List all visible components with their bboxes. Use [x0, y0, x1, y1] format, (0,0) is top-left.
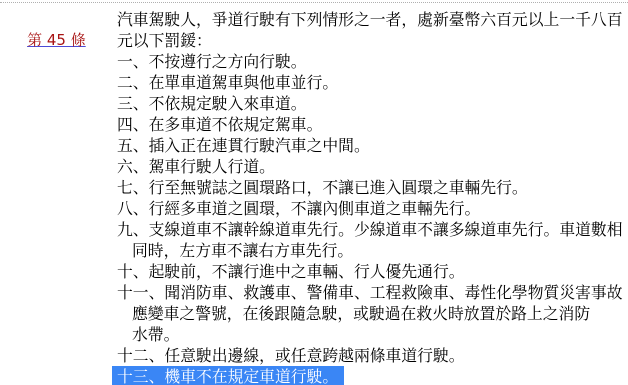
- article-line: 八、行經多車道之圓環，不讓內側車道之車輛先行。: [112, 198, 628, 219]
- line-text: 水帶。: [132, 325, 179, 344]
- article-line: 五、插入正在連貫行駛汽車之中間。: [112, 135, 628, 156]
- line-text: 應變車之警號，在後跟隨急駛，或駛過在救火時放置於路上之消防: [132, 304, 590, 323]
- article-line: 水帶。: [112, 324, 628, 345]
- article-line: 十三、機車不在規定車道行駛。: [112, 366, 628, 385]
- line-text: 四、在多車道不依規定駕車。: [117, 115, 322, 134]
- article-content: 汽車駕駛人，爭道行駛有下列情形之一者，處新臺幣六百元以上一千八百元以下罰鍰：一、…: [112, 9, 628, 385]
- article-number-column: 第 45 條: [0, 9, 112, 385]
- line-text: 同時，左方車不讓右方車先行。: [132, 241, 353, 260]
- line-text: 六、駕車行駛人行道。: [117, 157, 275, 176]
- line-text: 十、起駛前，不讓行進中之車輛、行人優先通行。: [117, 262, 465, 281]
- line-text: 八、行經多車道之圓環，不讓內側車道之車輛先行。: [117, 199, 480, 218]
- article-line: 元以下罰鍰：: [112, 30, 628, 51]
- line-text: 七、行至無號誌之圓環路口，不讓已進入圓環之車輛先行。: [117, 178, 528, 197]
- line-text: 十一、聞消防車、救護車、警備車、工程救險車、毒性化學物質災害事故: [117, 283, 623, 302]
- article-line: 汽車駕駛人，爭道行駛有下列情形之一者，處新臺幣六百元以上一千八百: [112, 9, 628, 30]
- line-text: 十二、任意駛出邊線，或任意跨越兩條車道行駛。: [117, 346, 465, 365]
- article-45-link[interactable]: 第 45 條: [27, 31, 86, 49]
- article-line: 七、行至無號誌之圓環路口，不讓已進入圓環之車輛先行。: [112, 177, 628, 198]
- line-text: 五、插入正在連貫行駛汽車之中間。: [117, 136, 370, 155]
- article-number-text: 第 45 條: [27, 31, 86, 49]
- line-text: 三、不依規定駛入來車道。: [117, 94, 307, 113]
- article-line: 三、不依規定駛入來車道。: [112, 93, 628, 114]
- article-line: 六、駕車行駛人行道。: [112, 156, 628, 177]
- line-text: 九、支線道車不讓幹線道車先行。少線道車不讓多線道車先行。車道數相: [117, 220, 623, 239]
- article-line: 十、起駛前，不讓行進中之車輛、行人優先通行。: [112, 261, 628, 282]
- article-line: 同時，左方車不讓右方車先行。: [112, 240, 628, 261]
- article-line: 九、支線道車不讓幹線道車先行。少線道車不讓多線道車先行。車道數相: [112, 219, 628, 240]
- line-text: 汽車駕駛人，爭道行駛有下列情形之一者，處新臺幣六百元以上一千八百: [117, 10, 623, 29]
- line-text: 元以下罰鍰：: [117, 31, 212, 50]
- article-line: 二、在單車道駕車與他車並行。: [112, 72, 628, 93]
- article-line: 四、在多車道不依規定駕車。: [112, 114, 628, 135]
- article-45: 第 45 條 汽車駕駛人，爭道行駛有下列情形之一者，處新臺幣六百元以上一千八百元…: [0, 3, 628, 385]
- selected-text: 十三、機車不在規定車道行駛。: [112, 366, 344, 385]
- line-text: 二、在單車道駕車與他車並行。: [117, 73, 338, 92]
- article-line: 十二、任意駛出邊線，或任意跨越兩條車道行駛。: [112, 345, 628, 366]
- article-line: 一、不按遵行之方向行駛。: [112, 51, 628, 72]
- line-text: 一、不按遵行之方向行駛。: [117, 52, 307, 71]
- article-line: 應變車之警號，在後跟隨急駛，或駛過在救火時放置於路上之消防: [112, 303, 628, 324]
- article-line: 十一、聞消防車、救護車、警備車、工程救險車、毒性化學物質災害事故: [112, 282, 628, 303]
